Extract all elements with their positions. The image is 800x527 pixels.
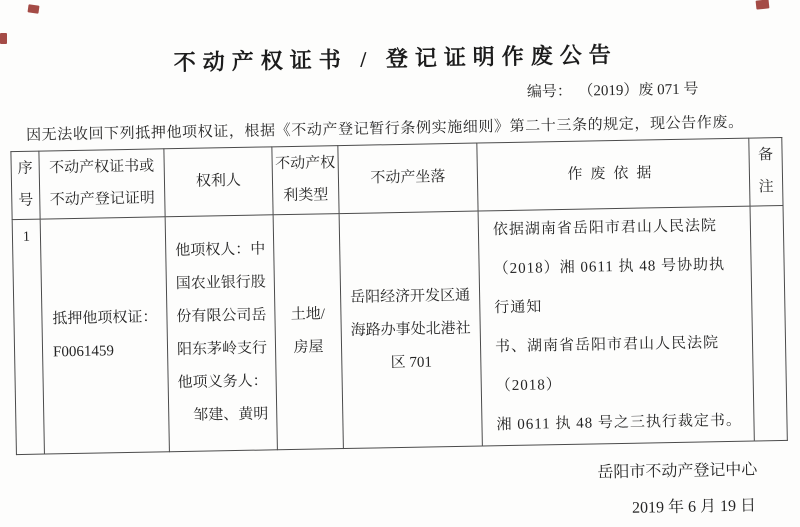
cell-location: 岳阳经济开发区通 海路办事处北港社 区 701 [339,211,482,449]
cell-holder: 他项权人：中 国农业银行股 份有限公司岳 阳东茅岭支行 他项义务人： 邹建、黄明 [165,215,277,452]
doc-number-value: （2019）废 071 号 [586,81,699,99]
header-seq: 序 号 [11,151,40,220]
cell-note [750,205,787,441]
issuing-org: 岳阳市不动产登记中心 [3,456,757,493]
red-scan-mark-top-right [756,0,770,10]
signature-block: 岳阳市不动产登记中心 2019 年 6 月 19 日 [3,456,758,527]
doc-number: 编号：（2019）废 071 号 [0,78,699,112]
scanned-notice-page: 不动产权证书 / 登记证明作废公告 编号：（2019）废 071 号 因无法收回… [0,0,800,527]
cell-seq: 1 [12,219,44,454]
table-row: 1 抵押他项权证： F0061459 他项权人：中 国农业银行股 份有限公司岳 … [12,205,787,454]
paper-sheet: 不动产权证书 / 登记证明作废公告 编号：（2019）废 071 号 因无法收回… [0,0,800,527]
cell-type: 土地/ 房屋 [273,214,343,450]
header-type: 不动产权 利类型 [272,146,339,215]
header-location: 不动产坐落 [338,143,478,214]
issue-date: 2019 年 6 月 19 日 [4,492,758,527]
header-note: 备 注 [749,137,783,206]
red-scan-mark-top-left [27,4,39,13]
header-holder: 权利人 [164,147,273,217]
page-title: 不动产权证书 / 登记证明作废公告 [0,35,796,81]
cell-cert: 抵押他项权证： F0061459 [40,217,169,454]
header-cert: 不动产权证书或 不动产登记证明 [39,149,165,219]
notice-table: 序 号 不动产权证书或 不动产登记证明 权利人 不动产权 利类型 不动产坐落 作… [10,137,787,455]
doc-number-label: 编号： [527,84,572,101]
cell-basis: 依据湖南省岳阳市君山人民法院 （2018）湘 0611 执 48 号协助执行通知… [478,206,754,446]
red-scan-mark-left-edge [0,33,7,44]
header-basis: 作废依据 [477,138,750,211]
